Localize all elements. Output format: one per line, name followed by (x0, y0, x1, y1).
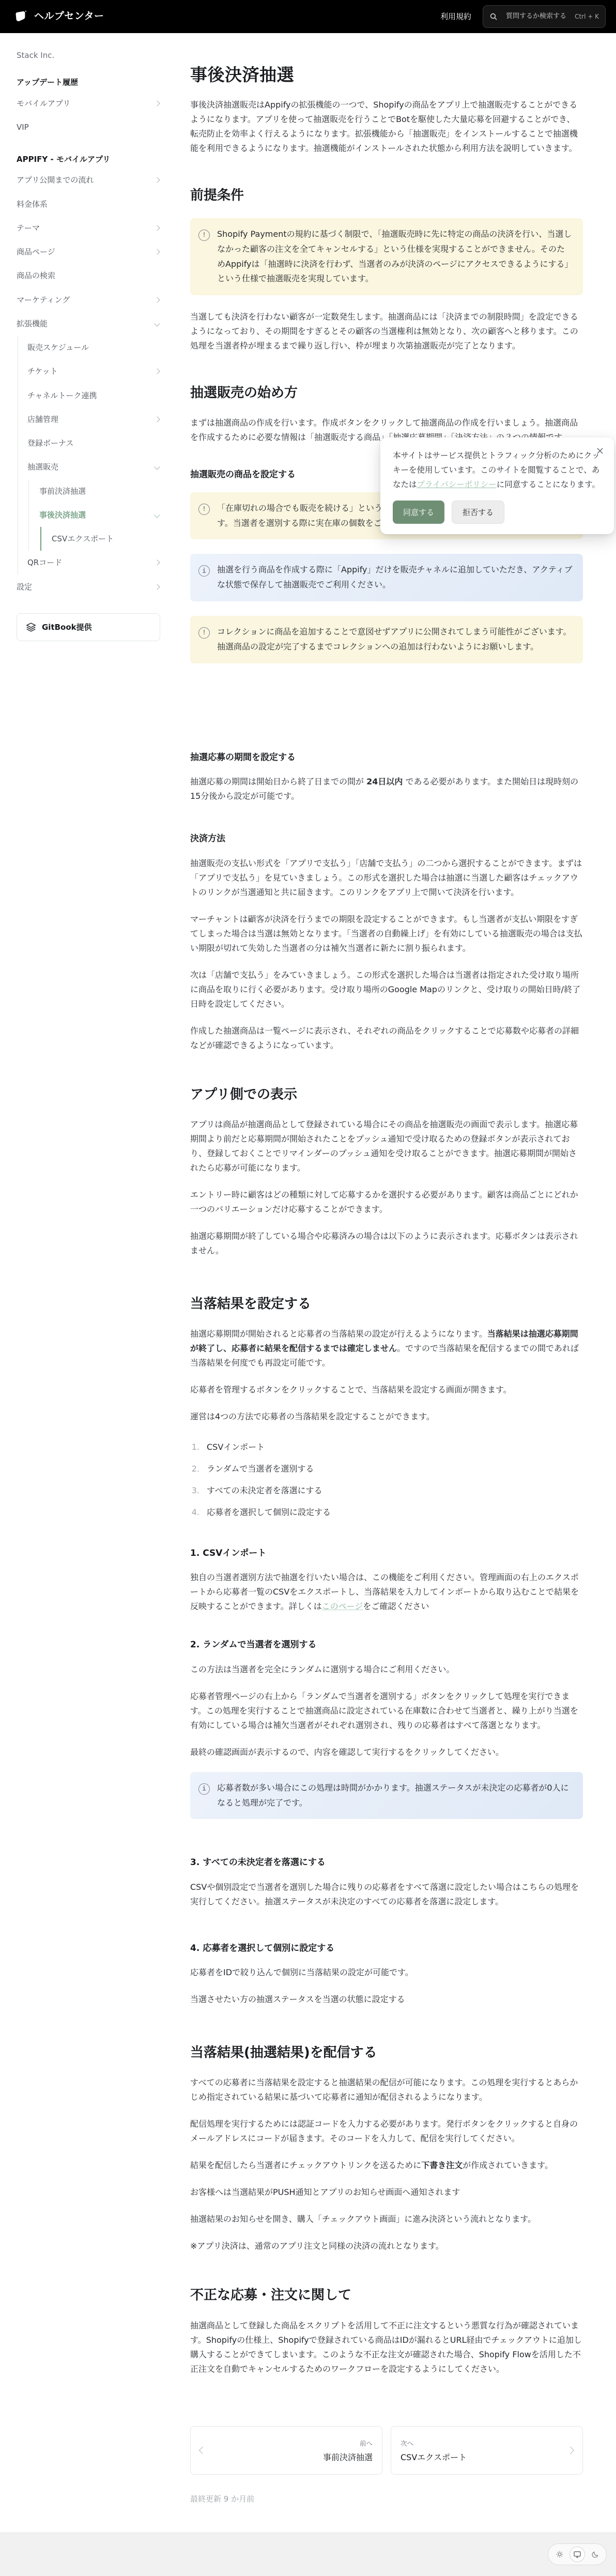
paragraph: 応募者を管理するボタンをクリックすることで、当落結果を設定する画面が開きます。 (190, 1383, 583, 1397)
warning-icon: ! (198, 230, 210, 241)
this-page-link[interactable]: このページ (322, 1601, 363, 1611)
prev-page-card[interactable]: 前へ 事前決済抽選 (190, 2426, 382, 2475)
result-methods-list: CSVインポート ランダムで当選者を選別する すべての未決定者を落選にする 応募… (190, 1436, 583, 1523)
paragraph: 抽選応募期間が終了している場合や応募済みの場合は以下のように表示されます。応募ボ… (190, 1229, 583, 1258)
chevron-right-icon (567, 2446, 574, 2453)
sidebar-item-product-page[interactable]: 商品ページ (17, 240, 160, 264)
terms-link[interactable]: 利用規約 (440, 10, 471, 23)
list-item: CSVインポート (190, 1436, 583, 1458)
chevron-right-icon (154, 297, 160, 302)
sidebar-item-signup-bonus[interactable]: 登録ボーナス (27, 431, 160, 455)
paragraph: お客様へは当選結果がPUSH通知とアプリのお知らせ画面へ通知されます (190, 2185, 583, 2200)
prev-title: 事前決済抽選 (323, 2452, 373, 2462)
list-item: ランダムで当選者を選別する (190, 1458, 583, 1480)
sidebar-item-lottery-sales[interactable]: 抽選販売 (27, 455, 160, 479)
list-item: 応募者を選択して個別に設定する (190, 1502, 583, 1523)
next-page-card[interactable]: 次へ CSVエクスポート (391, 2426, 583, 2475)
next-label: 次へ (401, 2439, 413, 2447)
intro-paragraph: 事後決済抽選販売はAppifyの拡張機能の一つで、Shopifyの商品をアプリ上… (190, 98, 583, 156)
sidebar-item-channel-talk[interactable]: チャネルトーク連携 (27, 384, 160, 407)
info-icon: i (198, 565, 210, 577)
info-callout: i 抽選を行う商品を作成する際に「Appify」だけを販売チャネルに追加していた… (190, 554, 583, 601)
sun-icon (556, 2550, 564, 2558)
sidebar: Stack Inc. アップデート履歴 モバイルアプリ VIP APPIFY -… (0, 33, 174, 662)
page-title: 事後決済抽選 (190, 64, 583, 86)
theme-dark-button[interactable] (587, 2547, 603, 2562)
heading-fraud: 不正な応募・注文に関して (190, 2286, 583, 2305)
sidebar-section-appify: APPIFY - モバイルアプリ (17, 153, 160, 166)
gitbook-label: GitBook提供 (42, 620, 92, 634)
paragraph: 抽選結果のお知らせを開き、購入「チェックアウト画面」に進み決済という流れとなりま… (190, 2212, 583, 2226)
image-placeholder (190, 678, 583, 728)
article: 事後決済抽選 事後決済抽選販売はAppifyの拡張機能の一つで、Shopifyの… (174, 33, 583, 2533)
warning-callout: ! Shopify Paymentの規約に基づく制限で、「抽選販売時に先に特定の… (190, 218, 583, 295)
brand-title: ヘルプセンター (34, 8, 104, 25)
sidebar-item-post-payment-lottery[interactable]: 事後決済抽選 (39, 503, 160, 527)
paragraph: 抽選商品として登録した商品をスクリプトを活用して不正に注文するという悪質な行為が… (190, 2319, 583, 2376)
paragraph: 当選しても決済を行わない顧客が一定数発生します。抽選商品には「決済までの制限時間… (190, 310, 583, 353)
chevron-right-icon (154, 225, 160, 231)
chevron-down-icon (154, 512, 160, 518)
heading-reject-undecided: 3. すべての未決定者を落選にする (190, 1856, 583, 1870)
paragraph: 応募者管理ページの右上から「ランダムで当選者を選別する」ボタンをクリックして処理… (190, 1689, 583, 1733)
gitbook-logo-icon (25, 622, 37, 633)
paragraph: 当選させたい方の抽選ステータスを当選の状態に設定する (190, 1992, 583, 2007)
prev-label: 前へ (360, 2439, 373, 2447)
search-shortcut: Ctrl + K (575, 11, 599, 22)
chevron-right-icon (154, 177, 160, 183)
heading-set-results: 当落結果を設定する (190, 1295, 583, 1313)
paragraph: この方法は当選者を完全にランダムに選別する場合にご利用ください。 (190, 1662, 583, 1677)
sidebar-item-extensions[interactable]: 拡張機能 (17, 312, 160, 336)
paragraph: 抽選応募期間が開始されると応募者の当落結果の設定が行えるようになります。当落結果… (190, 1327, 583, 1370)
sidebar-item-sales-schedule[interactable]: 販売スケジュール (27, 336, 160, 359)
moon-icon (591, 2551, 599, 2558)
last-updated: 最終更新 9 か月前 (190, 2492, 583, 2506)
agree-button[interactable]: 同意する (393, 501, 444, 524)
sidebar-item-vip[interactable]: VIP (17, 115, 160, 139)
heading-set-period: 抽選応募の期間を設定する (190, 751, 583, 765)
paragraph: 運営は4つの方法で応募者の当落結果を設定することができます。 (190, 1410, 583, 1424)
heading-distribute-results: 当落結果(抽選結果)を配信する (190, 2044, 583, 2062)
info-callout: i 応募者数が多い場合にこの処理は時間がかかります。抽選ステータスが未決定の応募… (190, 1772, 583, 1820)
search-placeholder: 質問するか検索する (503, 12, 569, 21)
privacy-policy-link[interactable]: プライバシーポリシー (417, 480, 497, 489)
sidebar-item-settings[interactable]: 設定 (17, 575, 160, 599)
cookie-message: 本サイトはサービス提供とトラフィック分析のためにクッキーを使用しています。このサ… (393, 449, 602, 492)
sidebar-item-csv-export[interactable]: CSVエクスポート (52, 527, 160, 551)
sidebar-item-product-search[interactable]: 商品の検索 (17, 264, 160, 287)
paragraph: 配信処理を実行するためには認証コードを入力する必要があります。発行ボタンをクリッ… (190, 2117, 583, 2146)
sidebar-item-app-flow[interactable]: アプリ公開までの流れ (17, 168, 160, 192)
sidebar-item-ticket[interactable]: チケット (27, 359, 160, 383)
chevron-down-icon (154, 321, 160, 326)
warning-icon: ! (198, 504, 210, 515)
list-item: すべての未決定者を落選にする (190, 1480, 583, 1502)
app-header: ヘルプセンター 利用規約 質問するか検索する Ctrl + K (0, 0, 616, 33)
search-icon (489, 12, 498, 21)
theme-light-button[interactable] (552, 2547, 567, 2562)
monitor-icon (573, 2550, 581, 2558)
heading-random-select: 2. ランダムで当選者を選別する (190, 1639, 583, 1652)
chevron-left-icon (199, 2446, 206, 2453)
chevron-down-icon (154, 464, 160, 470)
chevron-right-icon (154, 100, 160, 106)
heading-csv-import: 1. CSVインポート (190, 1547, 583, 1560)
warning-icon: ! (198, 627, 210, 639)
sidebar-item-marketing[interactable]: マーケティング (17, 288, 160, 312)
cookie-consent-dialog: 本サイトはサービス提供とトラフィック分析のためにクッキーを使用しています。このサ… (380, 437, 614, 534)
paragraph: 抽選応募の期間は開始日から終了日までの間が 24日以内 である必要があります。ま… (190, 775, 583, 804)
close-icon[interactable] (595, 446, 606, 456)
gitbook-promo-button[interactable]: GitBook提供 (17, 613, 160, 641)
sidebar-item-qr-code[interactable]: QRコード (27, 551, 160, 574)
theme-switcher (548, 2543, 607, 2565)
chevron-right-icon (154, 584, 160, 589)
paragraph: マーチャントは顧客が決済を行うまでの期限を設定することができます。もし当選者が支… (190, 912, 583, 956)
paragraph: ※アプリ決済は、通常のアプリ注文と同様の決済の流れとなります。 (190, 2239, 583, 2253)
chevron-right-icon (154, 560, 160, 566)
heading-prerequisites: 前提条件 (190, 187, 583, 205)
paragraph: 作成した抽選商品は一覧ページに表示され、それぞれの商品をクリックすることで応募数… (190, 1024, 583, 1053)
paragraph: 応募者をIDで絞り込んで個別に当落結果の設定が可能です。 (190, 1965, 583, 1980)
page-footer (0, 2533, 616, 2576)
chevron-right-icon (154, 416, 160, 422)
pagination: 前へ 事前決済抽選 次へ CSVエクスポート (190, 2426, 583, 2475)
org-name: Stack Inc. (17, 49, 160, 62)
theme-system-button[interactable] (569, 2547, 585, 2562)
sidebar-item-pricing[interactable]: 料金体系 (17, 192, 160, 216)
sidebar-item-mobile-app[interactable]: モバイルアプリ (17, 92, 160, 115)
deny-button[interactable]: 拒否する (452, 501, 504, 524)
paragraph: アプリは商品が抽選商品として登録されている場合にその商品を抽選販売の画面で表示し… (190, 1117, 583, 1175)
paragraph: CSVや個別設定で当選者を選別した場合に残りの応募者をすべて落選に設定したい場合… (190, 1880, 583, 1909)
info-icon: i (198, 1783, 210, 1795)
paragraph: 次は「店舗で支払う」をみていきましょう。この形式を選択した場合は当選者は指定され… (190, 968, 583, 1011)
paragraph: すべての応募者に当落結果を設定すると抽選結果の配信が可能になります。この処理を実… (190, 2075, 583, 2104)
brand-logo-icon (12, 9, 28, 24)
heading-individual-set: 4. 応募者を選択して個別に設定する (190, 1942, 583, 1956)
brand[interactable]: ヘルプセンター (12, 8, 104, 25)
paragraph: 結果を配信したら当選者にチェックアウトリンクを送るために下書き注文が作成されてい… (190, 2158, 583, 2173)
sidebar-item-store-management[interactable]: 店舗管理 (27, 407, 160, 431)
paragraph: 最終の確認画面が表示するので、内容を確認して実行するをクリックしてください。 (190, 1745, 583, 1760)
paragraph: 抽選販売の支払い形式を「アプリで支払う」「店舗で支払う」の二つから選択することが… (190, 856, 583, 900)
chevron-right-icon (154, 249, 160, 254)
paragraph: エントリー時に顧客はどの種類に対して応募するかを選択する必要があります。顧客は商… (190, 1188, 583, 1217)
heading-how-to-start: 抽選販売の始め方 (190, 384, 583, 402)
sidebar-section-updates: アップデート履歴 (17, 75, 160, 89)
paragraph: 独自の当選者選別方法で抽選を行いたい場合は、この機能をご利用ください。管理画面の… (190, 1570, 583, 1614)
chevron-right-icon (154, 369, 160, 374)
sidebar-item-theme[interactable]: テーマ (17, 216, 160, 240)
search-input[interactable]: 質問するか検索する Ctrl + K (483, 5, 606, 28)
next-title: CSVエクスポート (401, 2452, 467, 2462)
warning-callout: ! コレクションに商品を追加することで意図せずアプリに公開されてしまう可能性がご… (190, 616, 583, 663)
heading-app-view: アプリ側での表示 (190, 1086, 583, 1104)
heading-payment-method: 決済方法 (190, 832, 583, 846)
sidebar-item-pre-payment-lottery[interactable]: 事前決済抽選 (39, 479, 160, 503)
